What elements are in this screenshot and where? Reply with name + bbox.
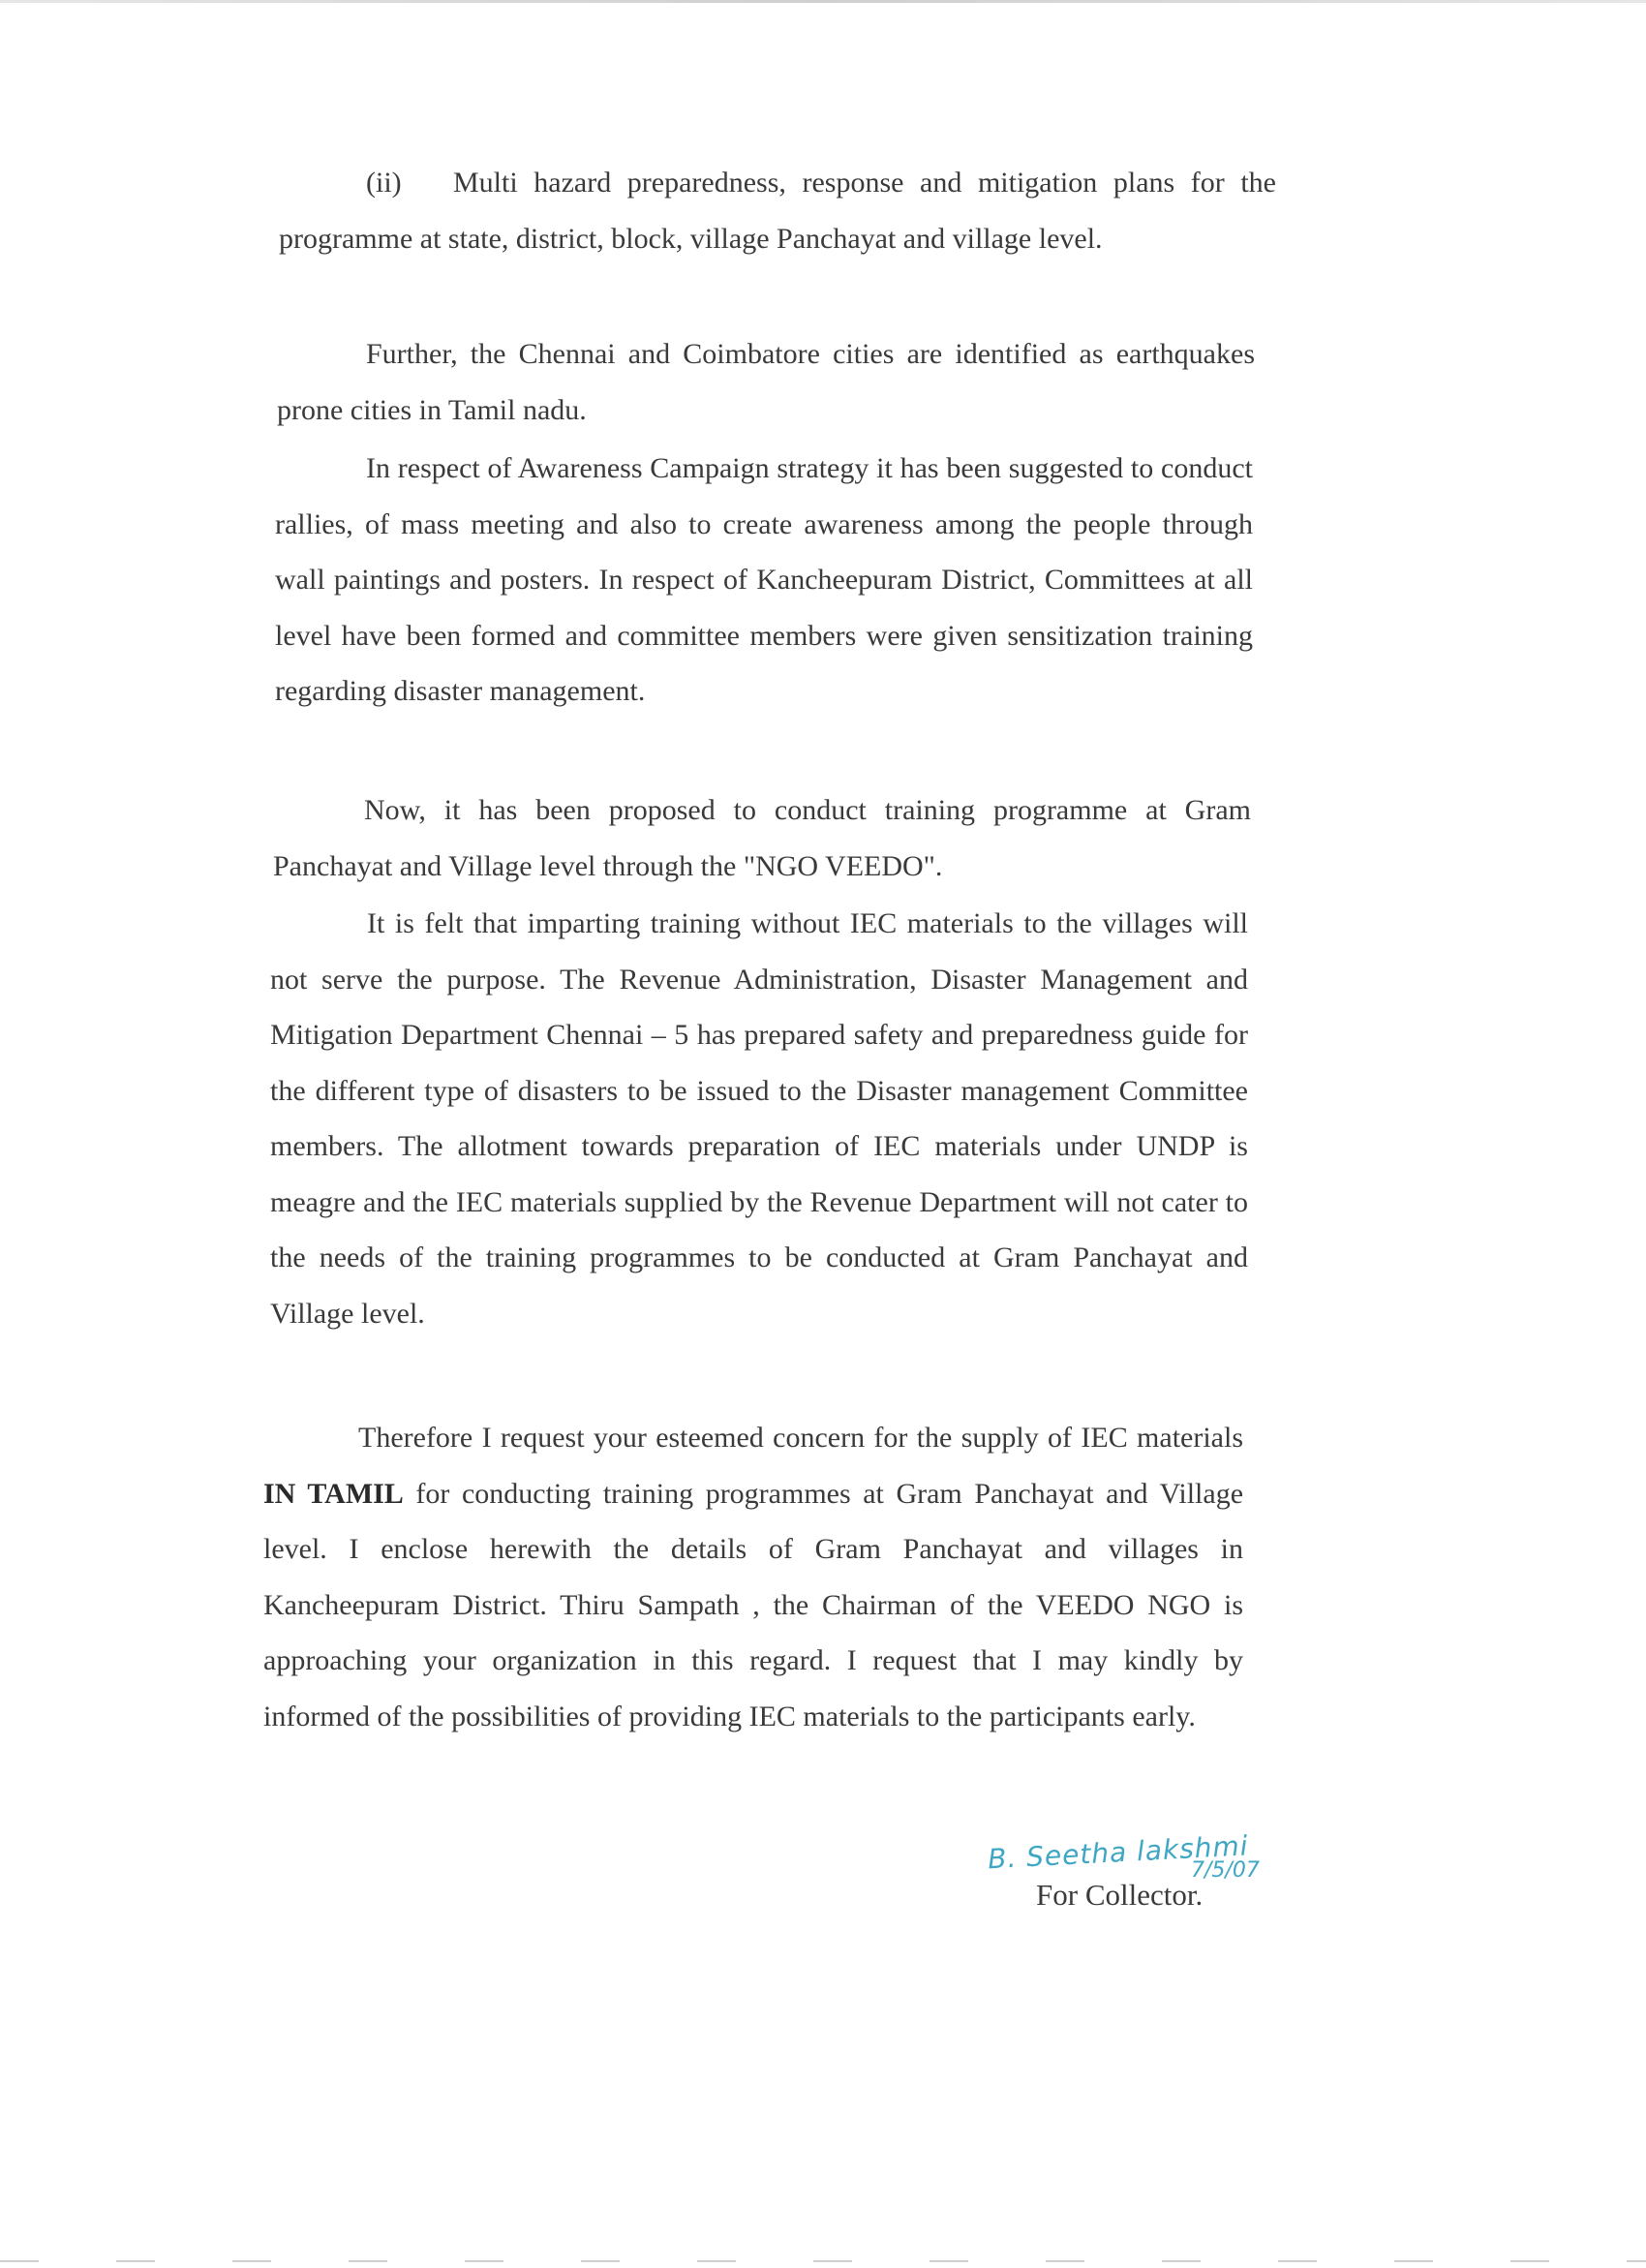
signatory-title: For Collector. xyxy=(1036,1878,1203,1913)
emphasis-in-tamil: IN TAMIL xyxy=(263,1478,404,1510)
paragraph-text: In respect of Awareness Campaign strateg… xyxy=(275,452,1253,707)
paragraph-text: Therefore I request your esteemed concer… xyxy=(358,1422,1243,1454)
paragraph-iec-materials: It is felt that imparting training witho… xyxy=(270,896,1248,1341)
signature-block: B. Seetha lakshmi 7/5/07 For Collector. xyxy=(988,1835,1297,1867)
page-bottom-edge xyxy=(0,2260,1646,2262)
paragraph-awareness-campaign: In respect of Awareness Campaign strateg… xyxy=(275,441,1253,720)
paragraph-text: It is felt that imparting training witho… xyxy=(270,907,1248,1330)
item-number: (ii) xyxy=(366,155,453,211)
paragraph-request: Therefore I request your esteemed concer… xyxy=(263,1410,1243,1744)
paragraph-text: Now, it has been proposed to conduct tra… xyxy=(273,794,1251,882)
paragraph-text: Further, the Chennai and Coimbatore citi… xyxy=(277,338,1255,426)
paragraph-text: for conducting training programmes at Gr… xyxy=(263,1478,1243,1732)
page-top-edge xyxy=(0,0,1646,3)
paragraph-item-ii: (ii)Multi hazard preparedness, response … xyxy=(279,155,1276,266)
paragraph-training-proposal: Now, it has been proposed to conduct tra… xyxy=(273,782,1251,894)
paragraph-earthquake-cities: Further, the Chennai and Coimbatore citi… xyxy=(277,326,1255,438)
